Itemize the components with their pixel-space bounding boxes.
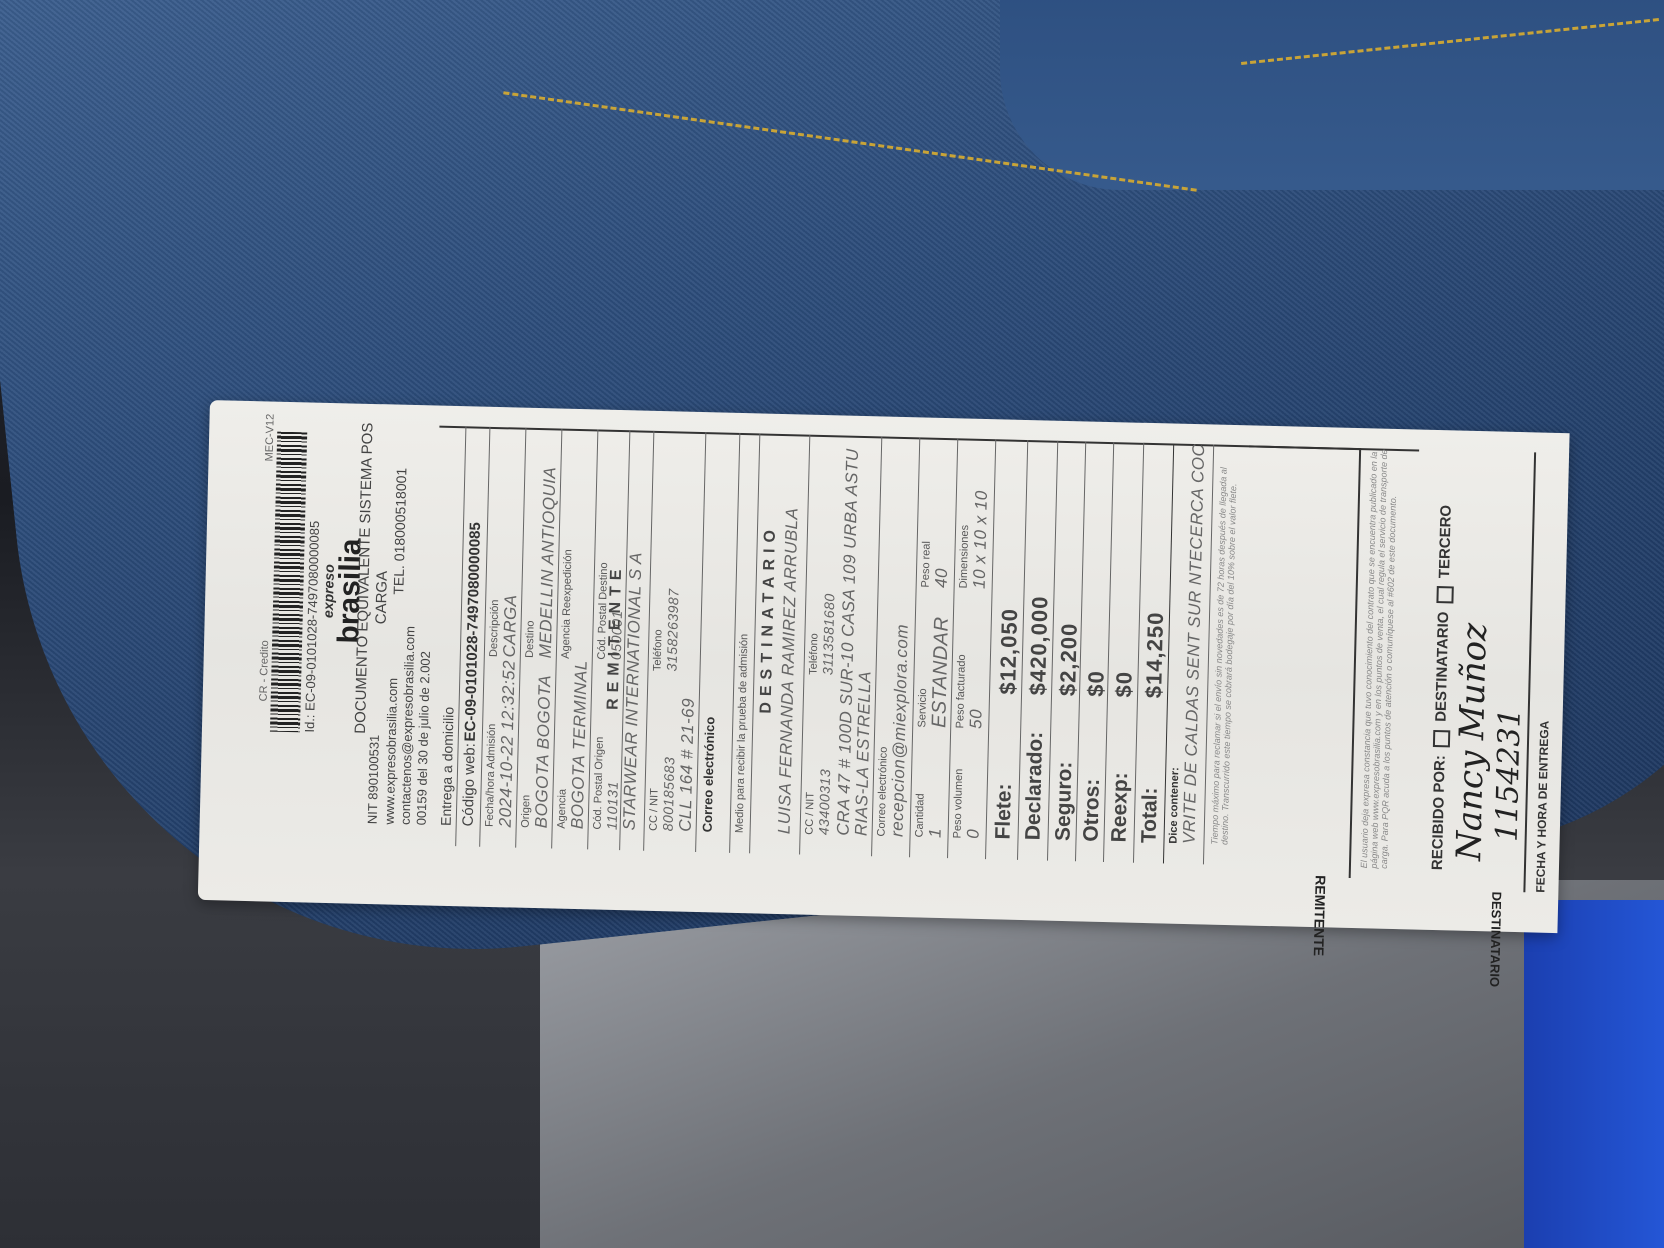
- payment-type: CR - Credito: [258, 640, 271, 701]
- web-code: EC-09-0101028-7497080000085: [462, 522, 484, 742]
- charge-declared-value: $420,000: [1025, 595, 1053, 695]
- blue-cloth: [1524, 900, 1664, 1248]
- proof-medium-label: Medio para recibir la prueba de admisión: [734, 634, 751, 834]
- receiver-id-handwritten: 1154231: [1490, 708, 1528, 842]
- real-weight-value: 40: [932, 568, 952, 588]
- receiver-name-handwritten: Nancy Muñoz: [1449, 623, 1495, 862]
- charge-freight-label: Flete:: [992, 783, 1017, 840]
- claim-notice: Tiempo máximo para reclamar si el envío …: [1209, 445, 1239, 845]
- charge-total-label: Total:: [1137, 787, 1162, 843]
- sender-id: 800185683: [660, 757, 678, 832]
- quantity-label: Cantidad: [914, 793, 927, 837]
- charge-total-value: $14,250: [1141, 611, 1169, 698]
- billed-weight-value: 50: [966, 709, 986, 729]
- box-border: [1249, 445, 1359, 450]
- resolution: 00159 del 30 de julio de 2.002: [414, 651, 433, 826]
- recipient-email: recepcion@miexplora.com: [888, 624, 913, 837]
- option-third-party: TERCERO: [1436, 505, 1455, 579]
- doc-subtitle: CARGA: [373, 571, 391, 625]
- delivery-type: Entrega a domicilio: [438, 707, 457, 826]
- description-value: CARGA: [500, 594, 522, 657]
- terms-notice: El usuario deja expresa constancia que t…: [1359, 438, 1399, 869]
- destination-label: Destino: [524, 620, 537, 658]
- delivery-datetime-label: FECHA Y HORA DE ENTREGA: [1533, 720, 1551, 892]
- recipient-phone-label: Teléfono: [807, 633, 820, 675]
- sender-phone-label: Teléfono: [652, 629, 665, 671]
- recipient-phone: 3113581680: [819, 593, 837, 675]
- dimensions-value: 10 x 10 x 10: [970, 490, 992, 589]
- phone-number: TEL. 018000518001: [390, 468, 409, 595]
- shipping-receipt: CR - Credito MEC-V12 Id.: EC-09-0101028-…: [198, 400, 1570, 933]
- recipient-signature-label: DESTINATARIO: [1487, 891, 1504, 987]
- charge-other-value: $0: [1083, 670, 1110, 697]
- company-nit: NIT 890100531: [365, 735, 382, 825]
- origin-postal-value: 110131: [604, 781, 621, 830]
- barcode: [270, 432, 307, 733]
- checkbox-third-party[interactable]: [1436, 586, 1453, 603]
- charge-freight-value: $12,050: [995, 608, 1023, 695]
- sender-phone: 3158263987: [664, 588, 682, 671]
- charge-reexp-label: Reexp:: [1107, 772, 1133, 843]
- agency-label: Agencia: [556, 789, 569, 829]
- service-label: Servicio: [916, 688, 929, 727]
- quantity-value: 1: [926, 828, 946, 838]
- sender-email-label: Correo electrónico: [700, 717, 718, 833]
- web-code-label: Código web:: [460, 743, 479, 827]
- recipient-id-label: CC / NIT: [804, 792, 817, 835]
- recipient-id: 43400313: [816, 769, 834, 836]
- charge-declared-label: Declarado:: [1021, 731, 1048, 840]
- reexpedition-label: Agencia Reexpedición: [560, 549, 575, 659]
- origin-label: Origen: [520, 795, 533, 828]
- checkbox-recipient[interactable]: [1432, 730, 1449, 747]
- charge-other-label: Otros:: [1079, 778, 1105, 842]
- option-recipient: DESTINATARIO: [1433, 611, 1453, 722]
- sender-id-label: CC / NIT: [648, 788, 661, 831]
- recipient-section-title: DESTINATARIO: [758, 524, 781, 714]
- sender-signature-label: REMITENTE: [1311, 875, 1329, 956]
- photo-scene: CR - Credito MEC-V12 Id.: EC-09-0101028-…: [0, 0, 1664, 1248]
- charge-insurance-label: Seguro:: [1051, 761, 1077, 841]
- received-by-text: RECIBIDO POR:: [1429, 755, 1449, 870]
- form-code: MEC-V12: [264, 414, 277, 462]
- volume-weight-value: 0: [964, 829, 984, 839]
- barcode-label: Id.: EC-09-0101028-7497080000085: [302, 521, 322, 733]
- charge-reexp-value: $0: [1111, 671, 1138, 698]
